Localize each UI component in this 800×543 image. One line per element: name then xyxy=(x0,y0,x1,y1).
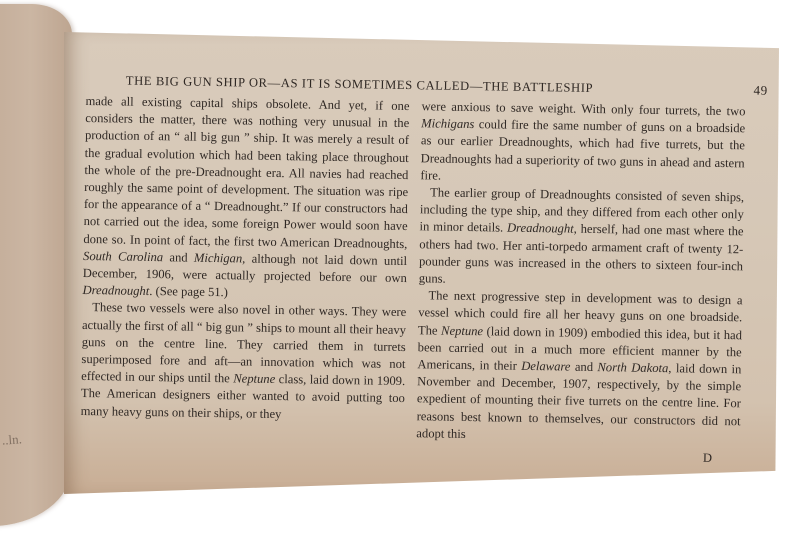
paragraph: were anxious to save weight. With only f… xyxy=(420,98,745,189)
text-run: made all existing capital ships obsolete… xyxy=(83,94,409,251)
italic-ship-name: North Dakota xyxy=(597,360,668,375)
paragraph: These two vessels were also novel in oth… xyxy=(81,299,407,424)
text-run: and xyxy=(163,250,194,264)
left-page: ..ln. xyxy=(0,4,72,526)
paragraph: made all existing capital ships obsolete… xyxy=(82,93,409,305)
left-page-margin-mark: ..ln. xyxy=(1,431,22,448)
text-columns: made all existing capital ships obsolete… xyxy=(80,93,745,447)
italic-ship-name: Michigan xyxy=(194,251,242,266)
column-right: were anxious to save weight. With only f… xyxy=(416,98,745,447)
italic-ship-name: Neptune xyxy=(441,323,483,338)
column-left: made all existing capital ships obsolete… xyxy=(80,93,409,442)
italic-ship-name: Neptune xyxy=(233,372,275,387)
italic-ship-name: South Carolina xyxy=(83,249,163,264)
paragraph: The next progressive step in development… xyxy=(416,287,742,447)
text-run: and xyxy=(570,360,597,374)
italic-ship-name: Dreadnought xyxy=(507,221,574,236)
italic-ship-name: Delaware xyxy=(521,359,570,374)
page-number: 49 xyxy=(753,82,767,98)
page-content: THE BIG GUN SHIP OR—AS IT IS SOMETIMES C… xyxy=(80,72,746,466)
text-run: . (See page 51.) xyxy=(149,284,228,299)
italic-ship-name: Michigans xyxy=(421,116,474,131)
italic-ship-name: Dreadnought xyxy=(82,283,149,298)
text-run: were anxious to save weight. With only f… xyxy=(421,99,745,118)
paragraph: The earlier group of Dreadnoughts consis… xyxy=(419,184,745,292)
